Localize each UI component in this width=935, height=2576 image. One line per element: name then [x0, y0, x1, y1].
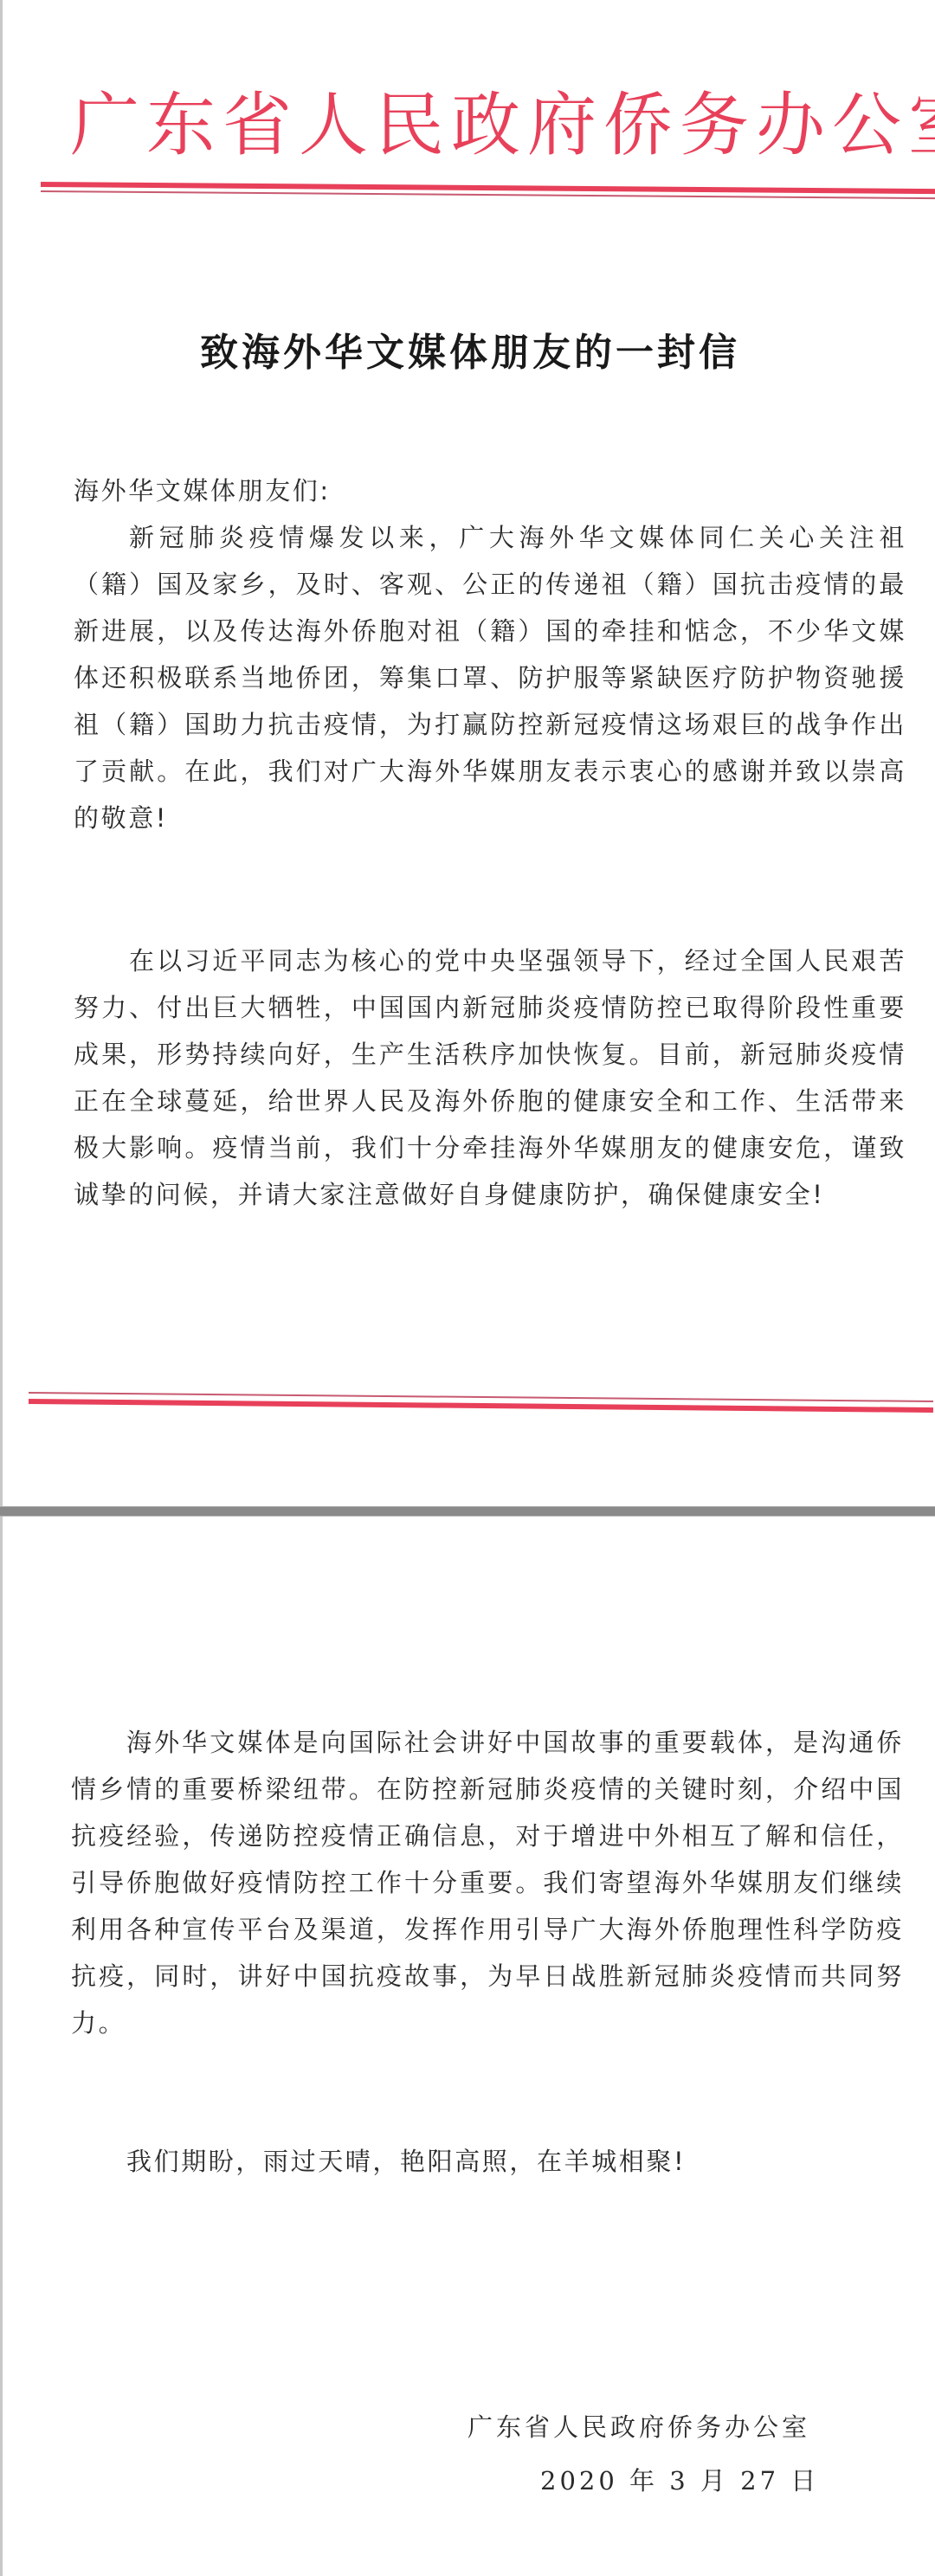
letter-page-1: 广东省人民政府侨务办公室 致海外华文媒体朋友的一封信 海外华文媒体朋友们: 新冠…	[0, 0, 935, 1506]
letter-paragraph-1: 新冠肺炎疫情爆发以来，广大海外华文媒体同仁关心关注祖（籍）国及家乡，及时、客观、…	[74, 514, 906, 841]
letter-paragraph-2: 在以习近平同志为核心的党中央坚强领导下，经过全国人民艰苦努力、付出巨大牺牲，中国…	[74, 937, 906, 1218]
page-separator	[0, 1506, 935, 1517]
paragraph-text: 新冠肺炎疫情爆发以来，广大海外华文媒体同仁关心关注祖（籍）国及家乡，及时、客观、…	[74, 514, 906, 841]
signature-date: 2020 年 3 月 27 日	[540, 2463, 800, 2498]
letter-paragraph-4: 我们期盼，雨过天晴，艳阳高照，在羊城相聚!	[71, 2138, 904, 2185]
letter-greeting: 海外华文媒体朋友们:	[74, 467, 906, 514]
paragraph-text: 海外华文媒体是向国际社会讲好中国故事的重要载体，是沟通侨情乡情的重要桥梁纽带。在…	[71, 1719, 904, 2046]
letter-paragraph-3: 海外华文媒体是向国际社会讲好中国故事的重要载体，是沟通侨情乡情的重要桥梁纽带。在…	[71, 1719, 904, 2046]
signature-organization: 广东省人民政府侨务办公室	[467, 2410, 831, 2444]
letter-title: 致海外华文媒体朋友的一封信	[3, 327, 935, 379]
greeting-text: 海外华文媒体朋友们:	[74, 467, 906, 514]
paragraph-text: 在以习近平同志为核心的党中央坚强领导下，经过全国人民艰苦努力、付出巨大牺牲，中国…	[74, 937, 906, 1218]
paragraph-text: 我们期盼，雨过天晴，艳阳高照，在羊城相聚!	[71, 2138, 904, 2185]
letterhead-organization: 广东省人民政府侨务办公室	[70, 87, 919, 164]
